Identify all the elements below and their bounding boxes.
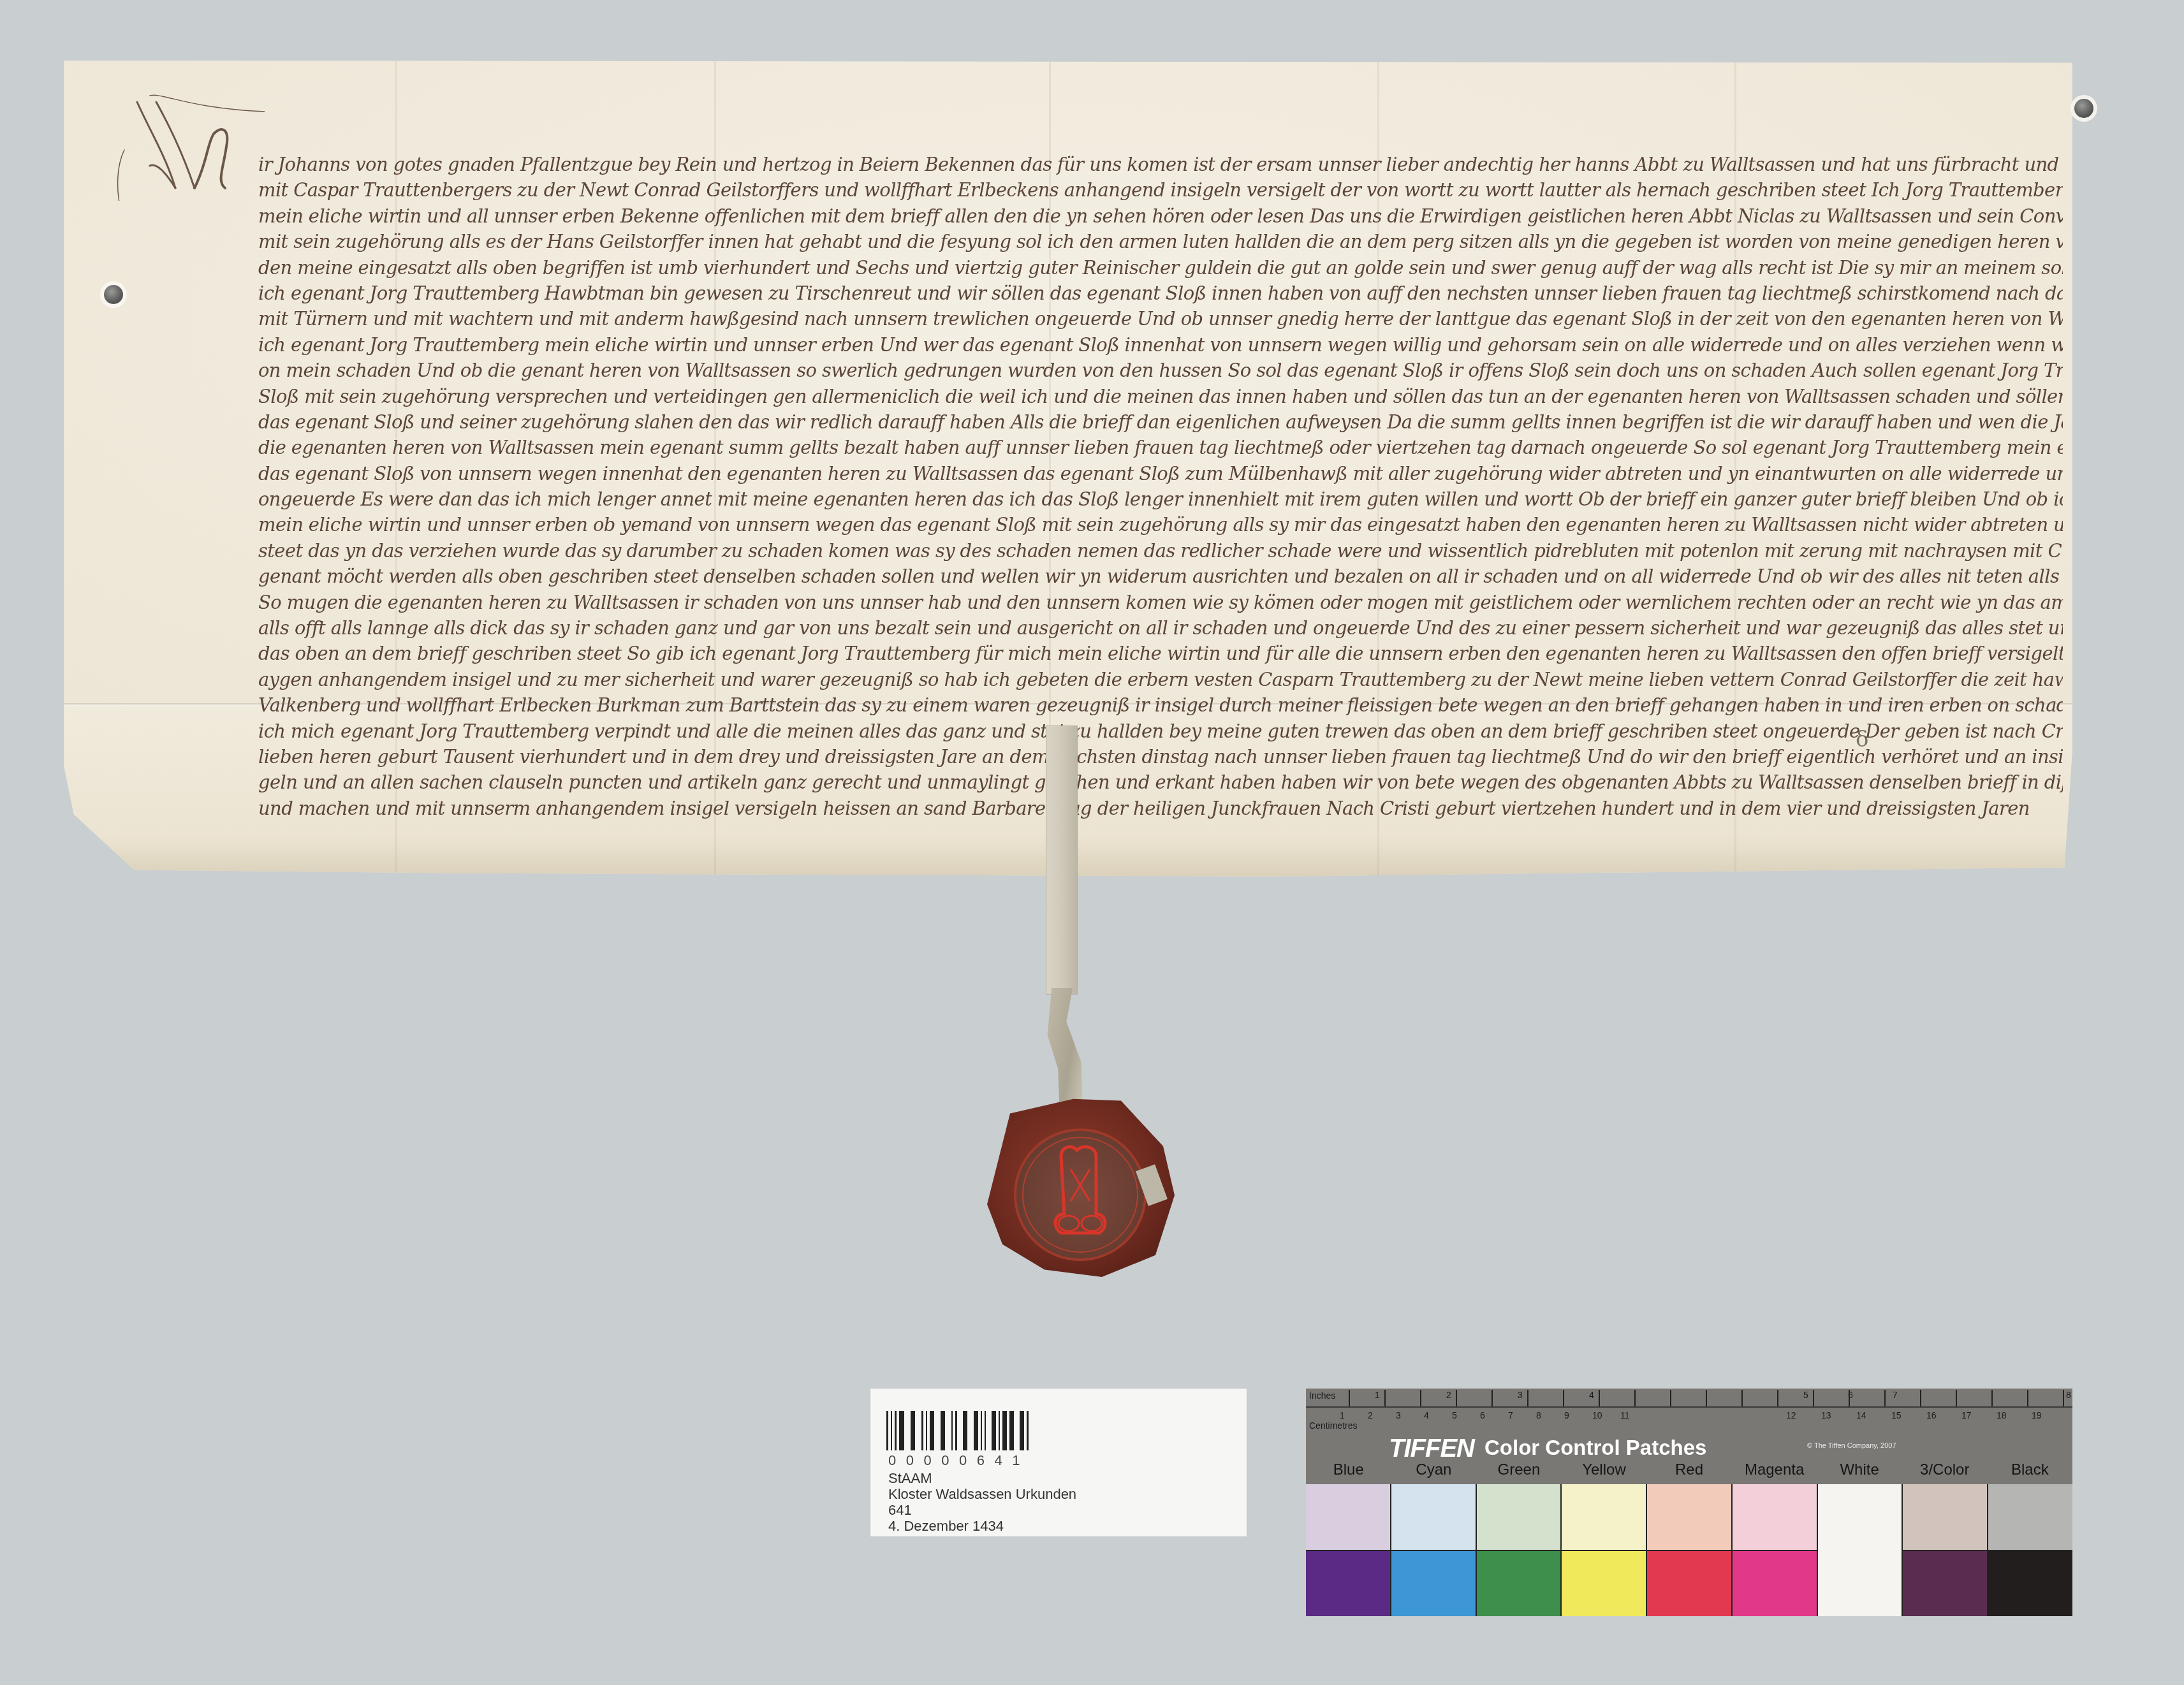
patch-white [1818, 1484, 1902, 1616]
cm-mark: 12 [1786, 1410, 1796, 1420]
patch-column-3color [1903, 1484, 1988, 1616]
text-line: Sloß mit sein zugehörung versprechen und… [258, 384, 2063, 409]
text-line: genant möcht werden alls oben geschriben… [258, 564, 2063, 589]
patch-blue-dark [1306, 1551, 1390, 1617]
cm-mark: 11 [1620, 1410, 1630, 1420]
text-line: die egenanten heren von Walltsassen mein… [258, 435, 2063, 460]
patch-3color-dark [1903, 1551, 1987, 1617]
label-collection: Kloster Waldsassen Urkunden [888, 1486, 1076, 1502]
patch-black-dark [1988, 1551, 2072, 1617]
patch-name: Green [1476, 1461, 1562, 1479]
patch-magenta-dark [1733, 1551, 1817, 1617]
cm-mark: 10 [1592, 1410, 1602, 1420]
patch-name: Magenta [1732, 1461, 1817, 1479]
text-line: ir Johanns von gotes gnaden Pfallentzgue… [258, 152, 2063, 177]
patch-name: Red [1646, 1461, 1732, 1479]
label-item-number: 641 [888, 1502, 912, 1518]
text-line: ongeuerde Es were dan das ich mich lenge… [258, 486, 2063, 512]
patch-column-blue [1306, 1484, 1391, 1616]
patch-yellow-dark [1562, 1551, 1646, 1617]
inch-mark: 2 [1446, 1390, 1451, 1400]
patch-3color-light [1903, 1484, 1987, 1551]
tiffen-color-chart: Inches 1 2 3 4 5 6 7 8 Centimetres 1 2 3… [1306, 1389, 2072, 1484]
patch-column-black [1988, 1484, 2072, 1616]
punch-hole-left [104, 285, 123, 304]
patch-blue-light [1306, 1484, 1390, 1551]
punch-hole-right [2074, 99, 2093, 118]
patch-column-red [1647, 1484, 1733, 1616]
patch-name: Black [1988, 1461, 2073, 1479]
inch-mark: 1 [1375, 1390, 1380, 1400]
cm-mark: 9 [1564, 1410, 1569, 1420]
color-patches [1306, 1484, 2072, 1616]
cm-ruler: Centimetres 1 2 3 4 5 6 7 8 9 10 11 12 1… [1306, 1408, 2072, 1429]
charter-text: ir Johanns von gotes gnaden Pfallentzgue… [258, 152, 2063, 821]
cm-mark: 6 [1480, 1410, 1485, 1420]
chart-copyright: © The Tiffen Company, 2007 [1807, 1442, 1896, 1450]
text-line: ich egenant Jorg Trauttemberg Hawbtman b… [258, 281, 2063, 306]
archive-label-card: 00000641 StAAM Kloster Waldsassen Urkund… [870, 1389, 1247, 1536]
patch-name: Yellow [1562, 1461, 1647, 1479]
patch-red-light [1647, 1484, 1731, 1551]
text-line: mein eliche wirtin und unnser erben ob y… [258, 512, 2063, 537]
label-date: 4. Dezember 1434 [888, 1518, 1004, 1534]
cm-mark: 4 [1424, 1410, 1429, 1420]
patch-column-yellow [1562, 1484, 1647, 1616]
ruler-cm-label: Centimetres [1309, 1420, 1357, 1431]
inch-mark: 7 [1893, 1390, 1898, 1400]
patch-column-magenta [1733, 1484, 1818, 1616]
barcode [886, 1411, 1031, 1450]
text-line: den meine eingesatzt alls oben begriffen… [258, 255, 2063, 281]
patch-green-light [1477, 1484, 1561, 1551]
cm-mark: 5 [1452, 1410, 1457, 1420]
text-line: ich egenant Jorg Trauttemberg mein elich… [258, 332, 2063, 358]
cm-mark: 13 [1821, 1410, 1831, 1420]
cm-mark: 18 [1997, 1410, 2007, 1420]
patch-name: White [1817, 1461, 1902, 1479]
text-line: alls offt alls lannge alls dick das sy i… [258, 615, 2063, 641]
text-line: Valkenberg und wollffhart Erlbecken Burk… [258, 692, 2063, 718]
cm-mark: 14 [1856, 1410, 1866, 1420]
text-line: aygen anhangendem insigel und zu mer sic… [258, 667, 2063, 692]
cm-mark: 15 [1891, 1410, 1902, 1420]
text-line: das oben an dem brieff geschriben steet … [258, 641, 2063, 666]
text-line: mit sein zugehörung alls es der Hans Gei… [258, 229, 2063, 254]
text-line: ich mich egenant Jorg Trauttemberg verpi… [258, 718, 2063, 744]
text-line: und machen und mit unnserm anhangendem i… [258, 796, 2063, 821]
patch-cyan-light [1391, 1484, 1476, 1551]
text-line: mein eliche wirtin und all unnser erben … [258, 203, 2063, 229]
patch-name: 3/Color [1902, 1461, 1988, 1479]
text-line: das egenant Sloß von unnsern wegen innen… [258, 461, 2063, 486]
cm-mark: 7 [1508, 1410, 1513, 1420]
patch-names: Blue Cyan Green Yellow Red Magenta White… [1306, 1461, 2072, 1479]
patch-yellow-light [1562, 1484, 1646, 1551]
patch-cyan-dark [1391, 1551, 1476, 1617]
text-line: steet das yn das verziehen wurde das sy … [258, 538, 2063, 564]
text-line: on mein schaden Und ob die genant heren … [258, 358, 2063, 383]
patch-black-light [1988, 1484, 2072, 1551]
inch-mark: 4 [1589, 1390, 1594, 1400]
cm-mark: 8 [1536, 1410, 1541, 1420]
cm-mark: 16 [1926, 1410, 1937, 1420]
text-line: geln und an allen sachen clauseln puncte… [258, 770, 2063, 795]
patch-name: Blue [1306, 1461, 1391, 1479]
patch-green-dark [1477, 1551, 1561, 1617]
cm-mark: 2 [1368, 1410, 1373, 1420]
decorated-initial-icon [112, 86, 265, 201]
cm-mark: 1 [1340, 1410, 1345, 1420]
patch-column-white [1818, 1484, 1903, 1616]
text-line: mit Türnern und mit wachtern und mit and… [258, 306, 2063, 332]
label-archive-code: StAAM [888, 1470, 932, 1486]
cm-mark: 3 [1396, 1410, 1401, 1420]
text-line: das egenant Sloß und seiner zugehörung s… [258, 409, 2063, 435]
inch-mark: 5 [1803, 1390, 1808, 1400]
tiffen-logo: TIFFEN [1389, 1434, 1474, 1463]
seal-impression-icon [1014, 1128, 1147, 1261]
inch-ruler: Inches 1 2 3 4 5 6 7 8 [1306, 1389, 2072, 1408]
text-line: So mugen die egenanten heren zu Walltsas… [258, 590, 2063, 615]
inch-mark: 8 [2066, 1390, 2071, 1400]
patch-magenta-light [1733, 1484, 1817, 1551]
text-line: mit Caspar Trauttenbergers zu der Newt C… [258, 177, 2063, 203]
patch-column-cyan [1391, 1484, 1477, 1616]
patch-red-dark [1647, 1551, 1731, 1617]
inch-mark: 3 [1518, 1390, 1523, 1400]
seal-parchment-tag [1046, 726, 1078, 995]
seal-heraldic-shield-icon [1016, 1131, 1144, 1258]
cm-mark: 19 [2032, 1410, 2042, 1420]
ruler-inches-label: Inches [1309, 1390, 1335, 1401]
patch-column-green [1477, 1484, 1562, 1616]
cm-mark: 17 [1961, 1410, 1972, 1420]
text-line: lieben heren geburt Tausent vierhundert … [258, 744, 2063, 770]
chart-title: Color Control Patches [1484, 1436, 1706, 1460]
patch-name: Cyan [1391, 1461, 1477, 1479]
barcode-number: 00000641 [888, 1452, 1030, 1469]
